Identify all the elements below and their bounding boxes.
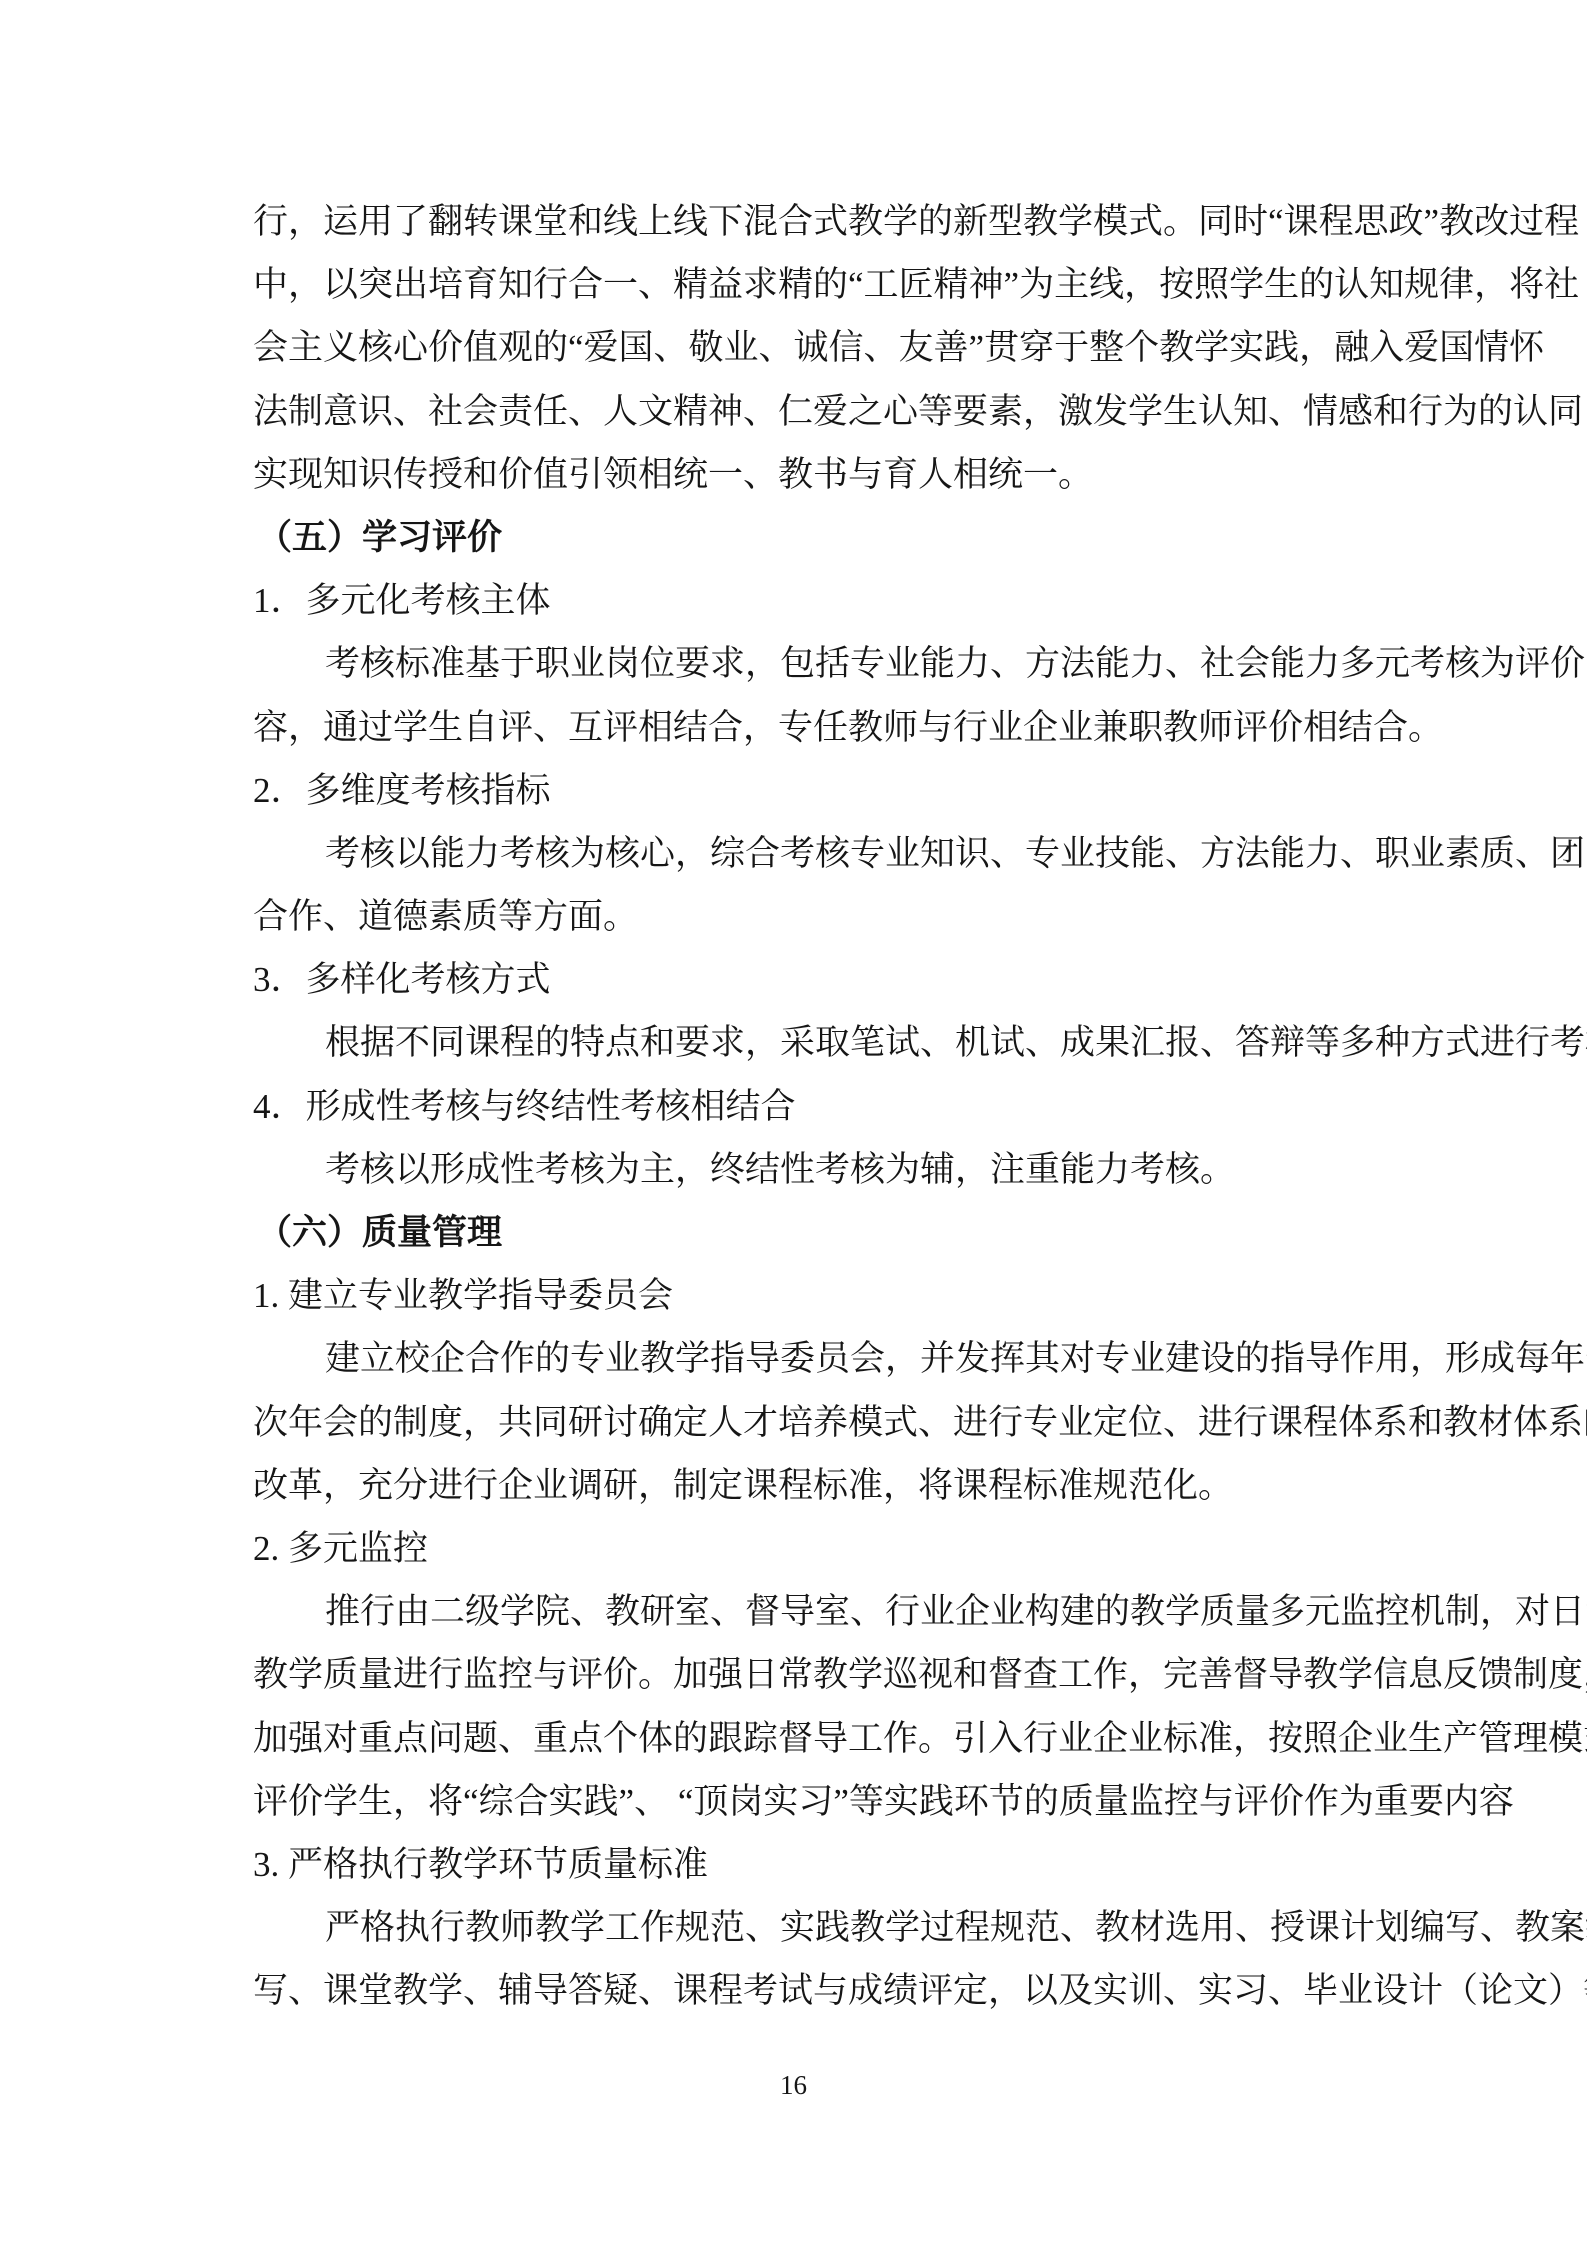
text-line: 中，以突出培育知行合一、精益求精的“工匠精神”为主线，按照学生的认知规律，将社 — [0, 253, 1587, 316]
text-line: 加强对重点问题、重点个体的跟踪督导工作。引入行业企业标准，按照企业生产管理模式 — [0, 1707, 1587, 1770]
text-line: 根据不同课程的特点和要求，采取笔试、机试、成果汇报、答辩等多种方式进行考核 — [0, 1011, 1587, 1074]
text-line: 写、课堂教学、辅导答疑、课程考试与成绩评定，以及实训、实习、毕业设计（论文）等 — [0, 1959, 1587, 2022]
text-line: （六）质量管理 — [0, 1201, 1587, 1264]
text-line: 2．多维度考核指标 — [0, 759, 1587, 822]
text-lines: 行，运用了翻转课堂和线上线下混合式教学的新型教学模式。同时“课程思政”教改过程中… — [0, 190, 1587, 2022]
text-line: （五）学习评价 — [0, 506, 1587, 569]
text-line: 推行由二级学院、教研室、督导室、行业企业构建的教学质量多元监控机制，对日常 — [0, 1580, 1587, 1643]
text-line: 会主义核心价值观的“爱国、敬业、诚信、友善”贯穿于整个教学实践，融入爱国情怀 — [0, 316, 1587, 379]
text-line: 行，运用了翻转课堂和线上线下混合式教学的新型教学模式。同时“课程思政”教改过程 — [0, 190, 1587, 253]
text-line: 考核标准基于职业岗位要求，包括专业能力、方法能力、社会能力多元考核为评价 — [0, 632, 1587, 695]
document-page: 行，运用了翻转课堂和线上线下混合式教学的新型教学模式。同时“课程思政”教改过程中… — [0, 0, 1587, 2245]
text-line: 4．形成性考核与终结性考核相结合 — [0, 1075, 1587, 1138]
text-line: 建立校企合作的专业教学指导委员会，并发挥其对专业建设的指导作用，形成每年一 — [0, 1327, 1587, 1390]
text-line: 合作、道德素质等方面。 — [0, 885, 1587, 948]
text-line: 1．多元化考核主体 — [0, 569, 1587, 632]
text-line: 考核以能力考核为核心，综合考核专业知识、专业技能、方法能力、职业素质、团队 — [0, 822, 1587, 885]
text-line: 改革，充分进行企业调研，制定课程标准，将课程标准规范化。 — [0, 1454, 1587, 1517]
text-line: 3. 严格执行教学环节质量标准 — [0, 1833, 1587, 1896]
text-line: 3．多样化考核方式 — [0, 948, 1587, 1011]
text-line: 严格执行教师教学工作规范、实践教学过程规范、教材选用、授课计划编写、教案编 — [0, 1896, 1587, 1959]
text-line: 评价学生，将“综合实践”、 “顶岗实习”等实践环节的质量监控与评价作为重要内容 — [0, 1770, 1587, 1833]
text-line: 2. 多元监控 — [0, 1517, 1587, 1580]
text-line: 容，通过学生自评、互评相结合，专任教师与行业企业兼职教师评价相结合。 — [0, 696, 1587, 759]
text-line: 考核以形成性考核为主，终结性考核为辅，注重能力考核。 — [0, 1138, 1587, 1201]
page-number: 16 — [0, 2070, 1587, 2101]
text-line: 次年会的制度，共同研讨确定人才培养模式、进行专业定位、进行课程体系和教材体系的 — [0, 1391, 1587, 1454]
text-line: 实现知识传授和价值引领相统一、教书与育人相统一。 — [0, 443, 1587, 506]
text-line: 法制意识、社会责任、人文精神、仁爱之心等要素，激发学生认知、情感和行为的认同 — [0, 380, 1587, 443]
text-line: 教学质量进行监控与评价。加强日常教学巡视和督查工作，完善督导教学信息反馈制度， — [0, 1643, 1587, 1706]
text-line: 1. 建立专业教学指导委员会 — [0, 1264, 1587, 1327]
